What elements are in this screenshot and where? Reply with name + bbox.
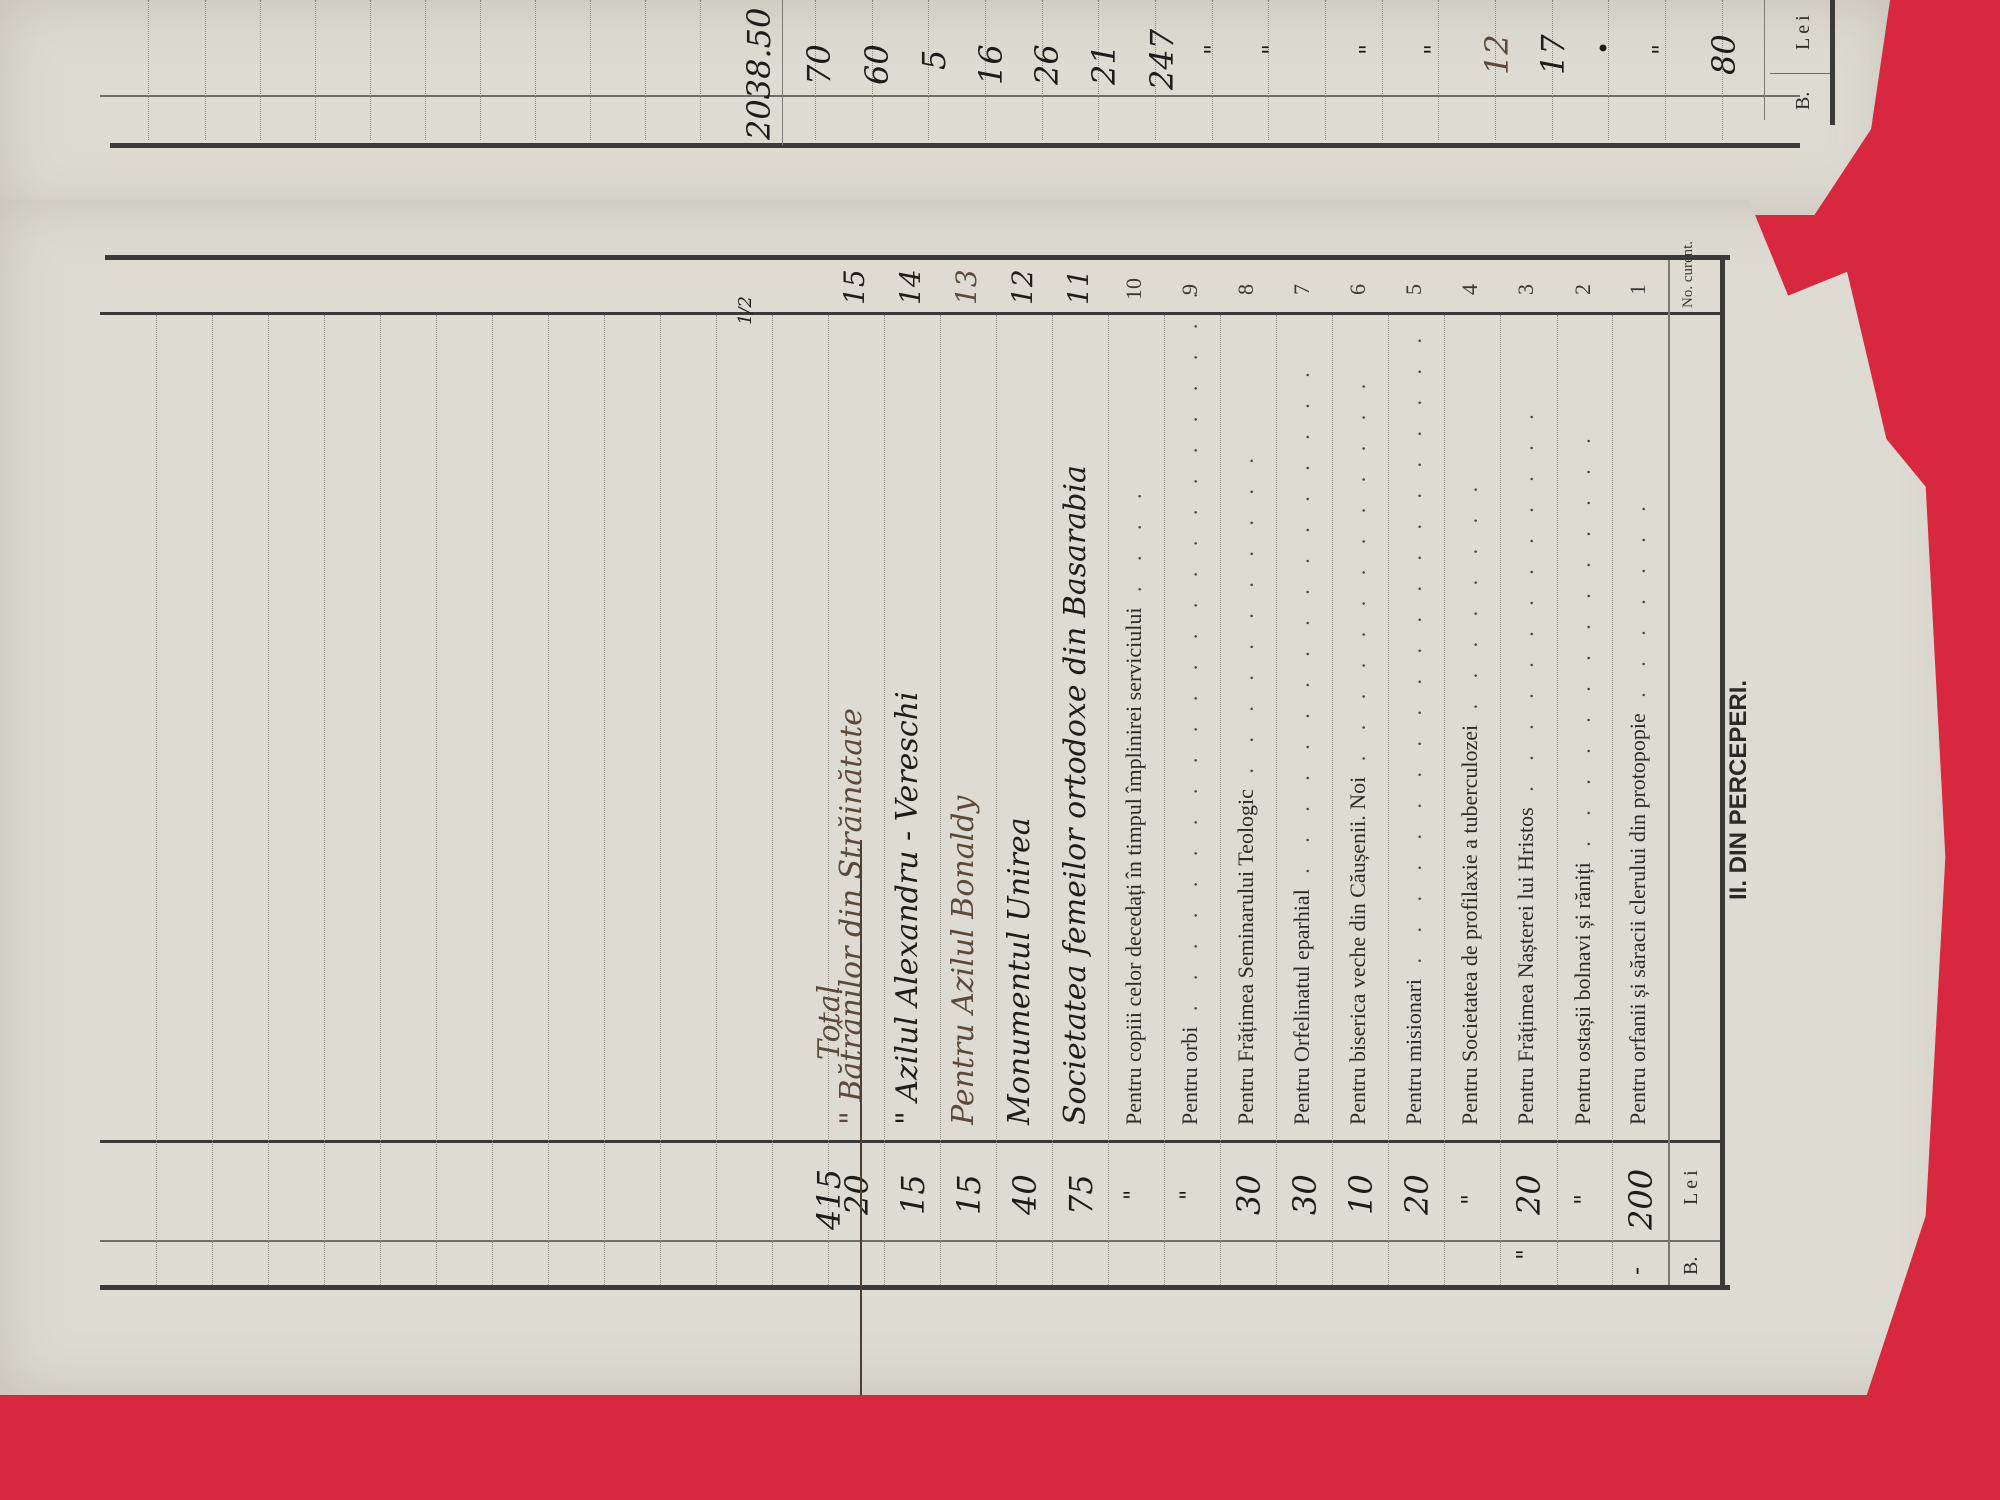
row-label: Pentru Frățimea Seminarului Teologic . .…	[1233, 448, 1259, 1125]
value: 70	[800, 44, 838, 85]
row-label: Pentru Frățimea Nașterei lui Hristos . .…	[1513, 404, 1539, 1125]
row-label: Pentru ostașii bolnavi și răniți . . . .…	[1570, 428, 1596, 1125]
lei-value: 75	[1062, 1174, 1100, 1215]
thick-rule-bottom	[100, 1285, 1730, 1290]
rule	[1770, 73, 1830, 74]
row-label-handwritten: Monumentul Unirea	[1002, 817, 1037, 1125]
lei-value: 20	[1398, 1174, 1436, 1215]
value: 21	[1085, 44, 1123, 85]
value: "	[1420, 44, 1448, 55]
row-label: Pentru orfanii și săracii clerului din p…	[1625, 496, 1651, 1125]
value: 80	[1705, 34, 1743, 75]
value: "	[1258, 44, 1286, 55]
lei-value: 10	[1342, 1174, 1380, 1215]
row-number: 4	[1457, 284, 1483, 295]
value: 247	[1143, 29, 1181, 90]
row-number: 13	[950, 269, 983, 305]
bani-header: B.	[1792, 92, 1815, 110]
row-label-handwritten: " Bătrânilor din Străinătate	[834, 708, 869, 1125]
lei-value: "	[1121, 1190, 1146, 1200]
frame-edge	[1830, 0, 1835, 125]
value: 17	[1534, 34, 1572, 75]
row-number: 3	[1513, 284, 1539, 295]
row-label: Pentru copiii celor decedați în timpul î…	[1121, 484, 1147, 1125]
value: "	[1200, 44, 1228, 55]
row-label: Pentru misionari . . . . . . . . . . . .…	[1401, 328, 1427, 1125]
header-rule	[100, 312, 1720, 315]
row-number: 5	[1401, 284, 1427, 295]
lei-value: 40	[1006, 1174, 1044, 1215]
row-number: 11	[1062, 269, 1095, 305]
total-rule	[860, 840, 862, 1395]
margin-note: 1/2	[735, 296, 756, 325]
bani-header: B.	[1680, 1257, 1703, 1275]
thick-rule	[110, 143, 1800, 148]
row-number: 1	[1625, 284, 1651, 295]
row-number: 8	[1233, 284, 1259, 295]
row-number: 6	[1345, 284, 1371, 295]
row-label: Pentru orbi . . . . . . . . . . . . . . …	[1177, 283, 1203, 1125]
previous-page-fragment: Lei B. 80 " • 17 12 " " " " 247 21 26 16…	[0, 0, 1890, 215]
row-number: 10	[1121, 278, 1147, 300]
subtotal-value: 2038.50	[740, 8, 778, 140]
lei-value: 30	[1286, 1174, 1324, 1215]
value: "	[1355, 44, 1383, 55]
main-page: No. curent. Lei B. II. DIN PERCEPERI. 1 …	[0, 200, 1965, 1395]
bani-rule	[100, 1240, 1720, 1242]
row-number: 2	[1570, 284, 1596, 295]
lei-value: "	[1457, 1194, 1485, 1205]
lei-header: Lei	[1792, 11, 1815, 50]
value: 5	[915, 50, 953, 70]
value: 16	[972, 44, 1010, 85]
lei-value: "	[1570, 1194, 1598, 1205]
lei-value: "	[1177, 1190, 1202, 1200]
row-number: 15	[838, 269, 871, 305]
lei-header: Lei	[1680, 1166, 1703, 1205]
lei-value: 200	[1622, 1169, 1660, 1230]
row-number: 12	[1006, 269, 1039, 305]
bani-value: "	[1512, 1249, 1540, 1260]
row-number: 14	[894, 269, 927, 305]
row-label-handwritten: " Azilul Alexandru - Vereschi	[890, 691, 925, 1125]
lei-value: 20	[1510, 1174, 1548, 1215]
thick-rule-top	[105, 255, 1730, 260]
column-rule	[1764, 0, 1765, 120]
amount-rule	[100, 1140, 1720, 1143]
total-value: 415	[810, 1169, 848, 1230]
value: "	[1648, 44, 1676, 55]
row-label: Pentru Societatea de profilaxie a tuberc…	[1457, 477, 1483, 1125]
row-label-handwritten: Societatea femeilor ortodoxe din Basarab…	[1058, 465, 1093, 1125]
bani-value: -	[1622, 1267, 1650, 1275]
row-label: Pentru biserica veche din Căușenii. Noi …	[1345, 374, 1371, 1125]
rule	[100, 95, 1800, 97]
no-current-header: No. curent.	[1680, 258, 1696, 308]
value: 60	[858, 44, 896, 85]
row-label: Pentru Orfelinatul eparhial . . . . . . …	[1289, 362, 1315, 1125]
section-title: II. DIN PERCEPERI.	[1725, 680, 1753, 900]
lei-value: 30	[1230, 1174, 1268, 1215]
row-number: 7	[1289, 284, 1315, 295]
value: •	[1590, 41, 1618, 55]
row-label-handwritten: Pentru Azilul Bonaldy	[946, 796, 981, 1125]
lei-value: 15	[950, 1174, 988, 1215]
value: 26	[1028, 44, 1066, 85]
total-label: Total	[812, 985, 847, 1060]
lei-value: 15	[894, 1174, 932, 1215]
value: 12	[1478, 34, 1516, 75]
